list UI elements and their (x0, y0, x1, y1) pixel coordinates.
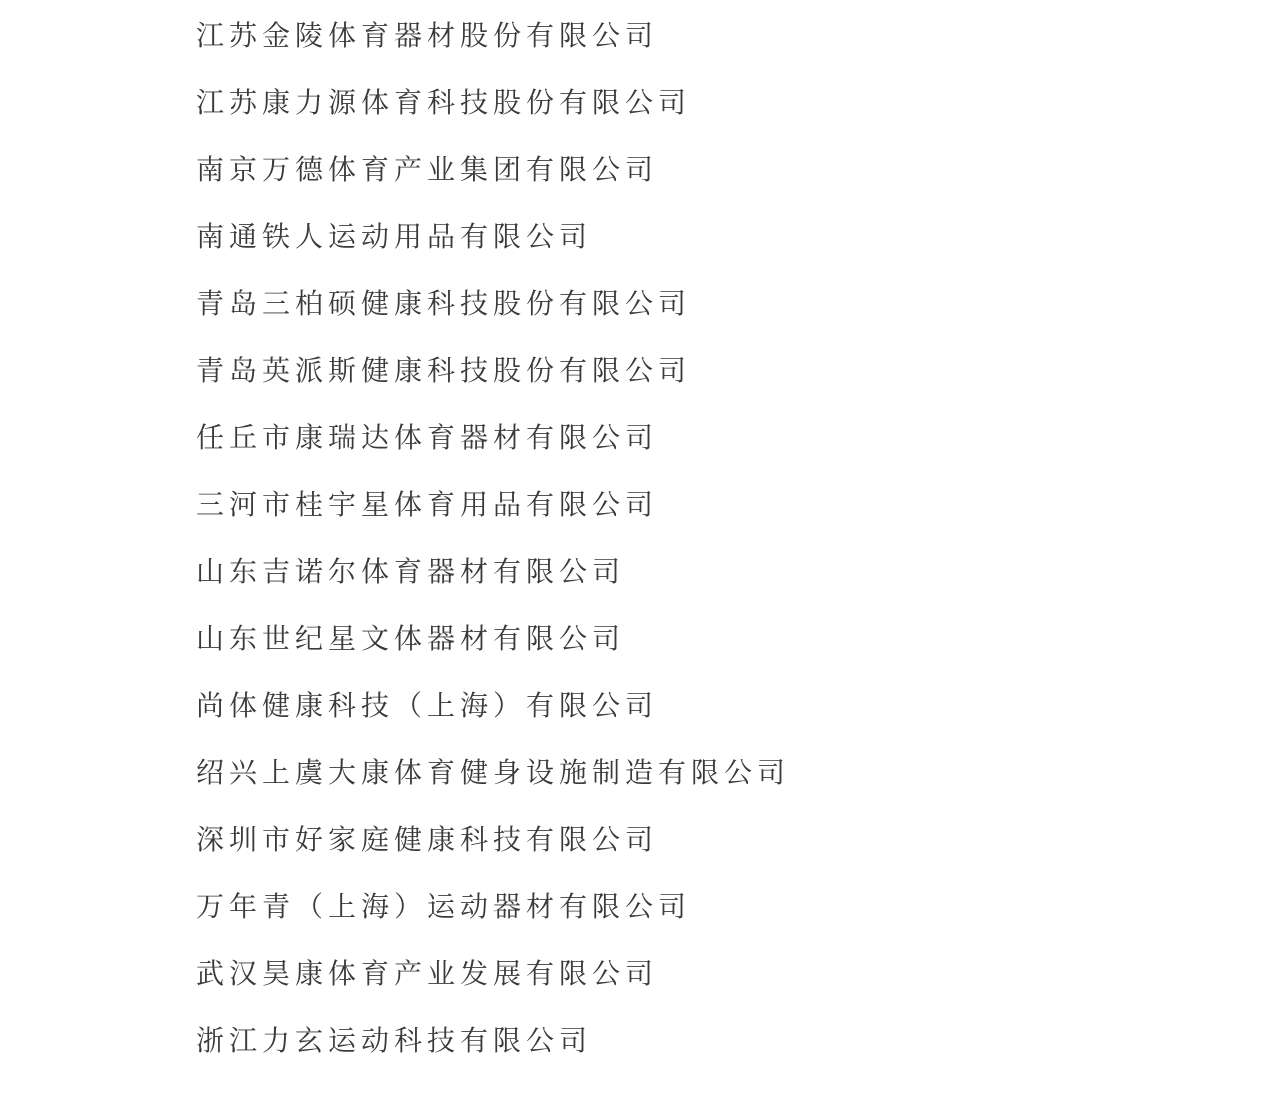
company-name: 江苏康力源体育科技股份有限公司 (196, 81, 691, 121)
list-item: 三河市桂宇星体育用品有限公司 (196, 469, 1279, 536)
list-item: 南京万德体育产业集团有限公司 (196, 134, 1279, 201)
company-name: 三河市桂宇星体育用品有限公司 (196, 483, 658, 523)
company-name: 青岛英派斯健康科技股份有限公司 (196, 349, 691, 389)
company-name: 山东吉诺尔体育器材有限公司 (196, 550, 625, 590)
list-item: 万年青（上海）运动器材有限公司 (196, 871, 1279, 938)
list-item: 山东世纪星文体器材有限公司 (196, 603, 1279, 670)
list-item: 浙江力玄运动科技有限公司 (196, 1005, 1279, 1072)
company-name: 浙江力玄运动科技有限公司 (196, 1019, 592, 1059)
company-name: 任丘市康瑞达体育器材有限公司 (196, 416, 658, 456)
list-item: 武汉昊康体育产业发展有限公司 (196, 938, 1279, 1005)
company-name: 万年青（上海）运动器材有限公司 (196, 885, 691, 925)
company-name: 南通铁人运动用品有限公司 (196, 215, 592, 255)
company-name: 青岛三柏硕健康科技股份有限公司 (196, 282, 691, 322)
list-item: 江苏金陵体育器材股份有限公司 (196, 0, 1279, 67)
company-name: 尚体健康科技（上海）有限公司 (196, 684, 658, 724)
company-list: 江苏金陵体育器材股份有限公司 江苏康力源体育科技股份有限公司 南京万德体育产业集… (196, 0, 1279, 1072)
company-name: 武汉昊康体育产业发展有限公司 (196, 952, 658, 992)
list-item: 深圳市好家庭健康科技有限公司 (196, 804, 1279, 871)
document-page: 江苏金陵体育器材股份有限公司 江苏康力源体育科技股份有限公司 南京万德体育产业集… (0, 0, 1279, 1095)
company-name: 江苏金陵体育器材股份有限公司 (196, 14, 658, 54)
list-item: 尚体健康科技（上海）有限公司 (196, 670, 1279, 737)
company-name: 山东世纪星文体器材有限公司 (196, 617, 625, 657)
list-item: 绍兴上虞大康体育健身设施制造有限公司 (196, 737, 1279, 804)
list-item: 山东吉诺尔体育器材有限公司 (196, 536, 1279, 603)
list-item: 南通铁人运动用品有限公司 (196, 201, 1279, 268)
company-name: 深圳市好家庭健康科技有限公司 (196, 818, 658, 858)
company-name: 南京万德体育产业集团有限公司 (196, 148, 658, 188)
list-item: 任丘市康瑞达体育器材有限公司 (196, 402, 1279, 469)
list-item: 青岛英派斯健康科技股份有限公司 (196, 335, 1279, 402)
list-item: 江苏康力源体育科技股份有限公司 (196, 67, 1279, 134)
list-item: 青岛三柏硕健康科技股份有限公司 (196, 268, 1279, 335)
company-name: 绍兴上虞大康体育健身设施制造有限公司 (196, 751, 790, 791)
